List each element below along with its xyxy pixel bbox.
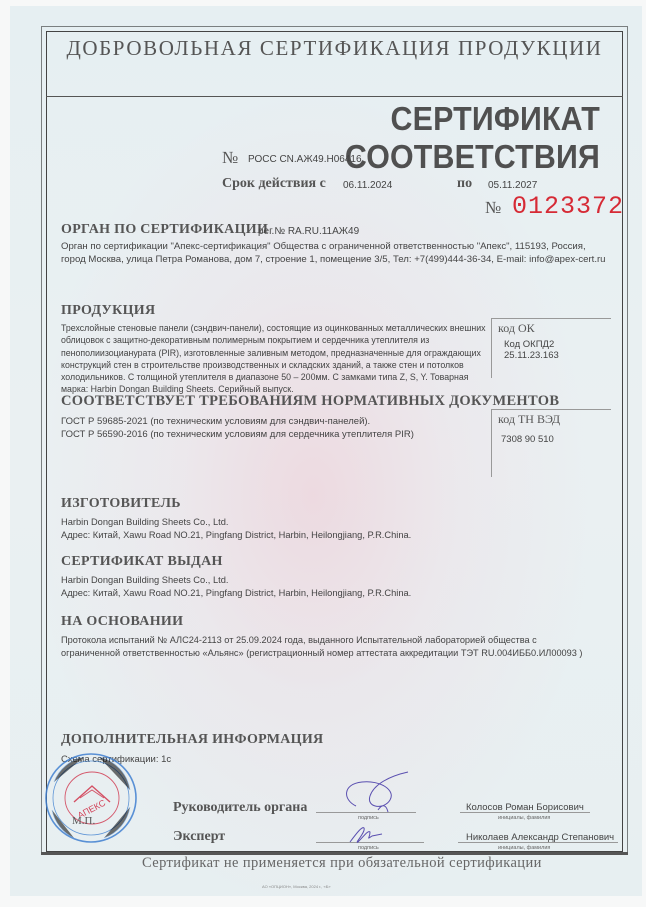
- signature-caption: подпись: [358, 815, 379, 821]
- okpd2-label: Код ОКПД2: [492, 336, 611, 350]
- registration-number: рег.№ RA.RU.11АЖ49: [258, 226, 359, 237]
- certification-body-details: Орган по сертификации "Апекс-сертификаци…: [61, 240, 606, 267]
- text-line: Адрес: Китай, Xawu Road NO.21, Pingfang …: [61, 587, 411, 600]
- printer-imprint: АО «ОПЦИОН», Москва, 2024 г., «Б»: [262, 884, 331, 889]
- tnved-code: 7308 90 510: [492, 427, 611, 445]
- valid-to-label: по: [457, 176, 472, 192]
- text-line: Орган по сертификации "Апекс-сертификаци…: [61, 240, 606, 253]
- name-caption: инициалы, фамилия: [498, 815, 550, 821]
- validity-label: Срок действия с: [222, 176, 326, 192]
- text-line: город Москва, улица Петра Романова, дом …: [61, 253, 606, 266]
- head-of-body-role: Руководитель органа: [173, 800, 307, 816]
- svg-text:М.П.: М.П.: [72, 815, 95, 827]
- issued-to-details: Harbin Dongan Building Sheets Co., Ltd. …: [61, 574, 411, 599]
- product-title: ПРОДУКЦИЯ: [61, 303, 155, 319]
- text-line: Адрес: Китай, Xawu Road NO.21, Pingfang …: [61, 529, 411, 542]
- text-line: Протокола испытаний № АЛС24-2113 от 25.0…: [61, 634, 583, 647]
- manufacturer-details: Harbin Dongan Building Sheets Co., Ltd. …: [61, 516, 411, 541]
- text-line: холодильников. С толщиной утеплителя в д…: [61, 371, 486, 383]
- valid-to-date: 05.11.2027: [488, 180, 537, 191]
- issued-to-title: СЕРТИФИКАТ ВЫДАН: [61, 554, 223, 570]
- standard-item: ГОСТ Р 56590-2016 (по техническим услови…: [61, 428, 414, 441]
- voluntary-note: Сертификат не применяется при обязательн…: [142, 855, 542, 872]
- basis-details: Протокола испытаний № АЛС24-2113 от 25.0…: [61, 634, 583, 659]
- expert-role: Эксперт: [173, 829, 225, 845]
- text-line: Harbin Dongan Building Sheets Co., Ltd.: [61, 574, 411, 587]
- text-line: ограниченной ответственностью «Альянс» (…: [61, 647, 583, 660]
- standards-list: ГОСТ Р 59685-2021 (по техническим услови…: [61, 415, 414, 441]
- text-line: пенополиизоцианурата (PIR), изготовленны…: [61, 347, 486, 359]
- cert-number-label: №: [222, 148, 238, 168]
- standards-title: СООТВЕТСТВУЕТ ТРЕБОВАНИЯМ НОРМАТИВНЫХ ДО…: [61, 393, 559, 410]
- code-ok-box: код ОК Код ОКПД2 25.11.23.163: [491, 318, 611, 378]
- text-line: облицовок с защитно-декоративным полимер…: [61, 334, 486, 346]
- certification-body-title: ОРГАН ПО СЕРТИФИКАЦИИ: [61, 222, 268, 238]
- code-tnved-title: код ТН ВЭД: [492, 410, 611, 427]
- expert-signature-icon: [346, 822, 386, 846]
- name-caption: инициалы, фамилия: [498, 845, 550, 851]
- valid-from-date: 06.11.2024: [343, 180, 392, 191]
- signature-caption: подпись: [358, 845, 379, 851]
- serial-number-label: №: [485, 198, 501, 218]
- cert-number: РОСС CN.АЖ49.Н06416: [248, 154, 362, 165]
- manufacturer-title: ИЗГОТОВИТЕЛЬ: [61, 496, 181, 512]
- code-ok-title: код ОК: [492, 319, 611, 336]
- okpd2-code: 25.11.23.163: [492, 350, 611, 361]
- serial-number: 0123372: [512, 192, 624, 221]
- text-line: конструкций стен в строительстве произво…: [61, 359, 486, 371]
- additional-info-title: ДОПОЛНИТЕЛЬНАЯ ИНФОРМАЦИЯ: [61, 732, 323, 748]
- expert-name: Николаев Александр Степанович: [466, 832, 614, 843]
- basis-title: НА ОСНОВАНИИ: [61, 614, 183, 630]
- certification-type-title: ДОБРОВОЛЬНАЯ СЕРТИФИКАЦИЯ ПРОДУКЦИИ: [46, 36, 623, 61]
- product-description: Трехслойные стеновые панели (сэндвич-пан…: [61, 322, 486, 396]
- seal-stamp-icon: АПЕКС М.П.: [44, 752, 139, 844]
- code-tnved-box: код ТН ВЭД 7308 90 510: [491, 409, 611, 477]
- text-line: Harbin Dongan Building Sheets Co., Ltd.: [61, 516, 411, 529]
- text-line: Трехслойные стеновые панели (сэндвич-пан…: [61, 322, 486, 334]
- head-name: Колосов Роман Борисович: [466, 802, 584, 813]
- standard-item: ГОСТ Р 59685-2021 (по техническим услови…: [61, 415, 414, 428]
- head-signature-icon: [338, 770, 428, 816]
- header-divider: [46, 96, 623, 97]
